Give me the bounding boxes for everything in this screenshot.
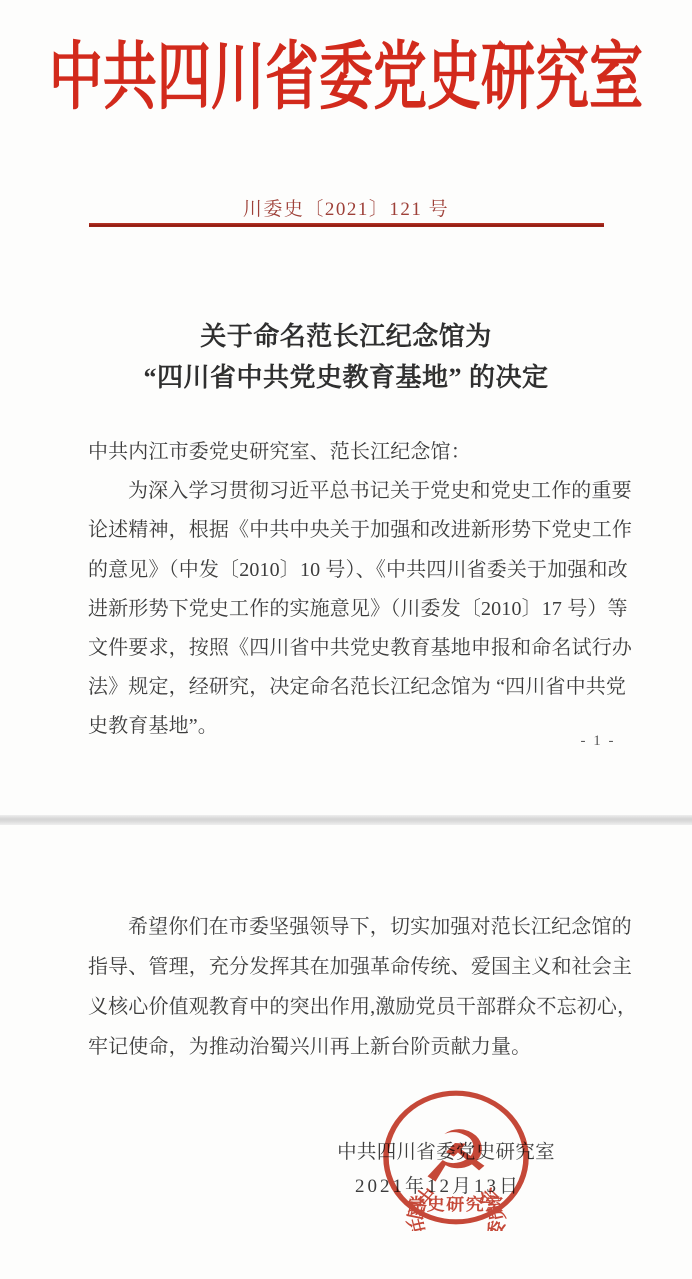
body-line: 希望你们在市委坚强领导下，切实加强对范长江纪念馆的 (88, 907, 618, 947)
red-divider-rule (89, 223, 604, 227)
document-number: 川委史〔2021〕121 号 (0, 194, 692, 221)
official-seal: 中国共产党四川省委员会 ☭ 党史研究室 (376, 1084, 536, 1231)
body-line: 文件要求，按照《四川省中共党史教育基地申报和命名试行办 (88, 629, 618, 668)
body-line: 史教育基地”。 (88, 707, 618, 746)
hammer-sickle-icon: ☭ (421, 1114, 491, 1198)
org-title: 中共四川省委党史研究室 (49, 41, 643, 115)
page-2: 希望你们在市委坚强领导下，切实加强对范长江纪念馆的 指导、管理，充分发挥其在加强… (0, 825, 692, 1279)
body-line: 指导、管理，充分发挥其在加强革命传统、爱国主义和社会主 (88, 947, 618, 987)
seal-bottom-text: 党史研究室 (407, 1195, 504, 1214)
body-line: 进新形势下党史工作的实施意见》（川委发〔2010〕17 号）等 (88, 590, 618, 629)
body-line: 牢记使命，为推动治蜀兴川再上新台阶贡献力量。 (88, 1027, 618, 1067)
body-line: 为深入学习贯彻习近平总书记关于党史和党史工作的重要 (88, 472, 618, 511)
body-line: 义核心价值观教育中的突出作用,激励党员干部群众不忘初心， (88, 987, 618, 1027)
body-line: 法》规定，经研究，决定命名范长江纪念馆为 “四川省中共党 (88, 668, 618, 707)
document-title: 关于命名范长江纪念馆为 “四川省中共党史教育基地” 的决定 (0, 316, 692, 398)
page-1: 中共四川省委党史研究室 川委史〔2021〕121 号 关于命名范长江纪念馆为 “… (0, 0, 692, 815)
seal-graphic: 中国共产党四川省委员会 ☭ 党史研究室 (376, 1084, 536, 1231)
body-line: 的意见》（中发〔2010〕10 号）、《中共四川省委关于加强和改 (88, 551, 618, 590)
body-line: 论述精神，根据《中共中央关于加强和改进新形势下党史工作 (88, 511, 618, 550)
page-number: - 1 - (548, 733, 648, 750)
body-text-page2: 希望你们在市委坚强领导下，切实加强对范长江纪念馆的 指导、管理，充分发挥其在加强… (88, 907, 618, 1067)
document-title-line1: 关于命名范长江纪念馆为 (0, 316, 692, 357)
red-letterhead: 中共四川省委党史研究室 (0, 30, 692, 126)
recipient-line: 中共内江市委党史研究室、范长江纪念馆： (88, 433, 618, 472)
page-gap-divider (0, 815, 692, 825)
body-text-page1: 中共内江市委党史研究室、范长江纪念馆： 为深入学习贯彻习近平总书记关于党史和党史… (88, 433, 618, 747)
document-title-line2: “四川省中共党史教育基地” 的决定 (0, 357, 692, 398)
official-document: 中共四川省委党史研究室 川委史〔2021〕121 号 关于命名范长江纪念馆为 “… (0, 0, 692, 1279)
